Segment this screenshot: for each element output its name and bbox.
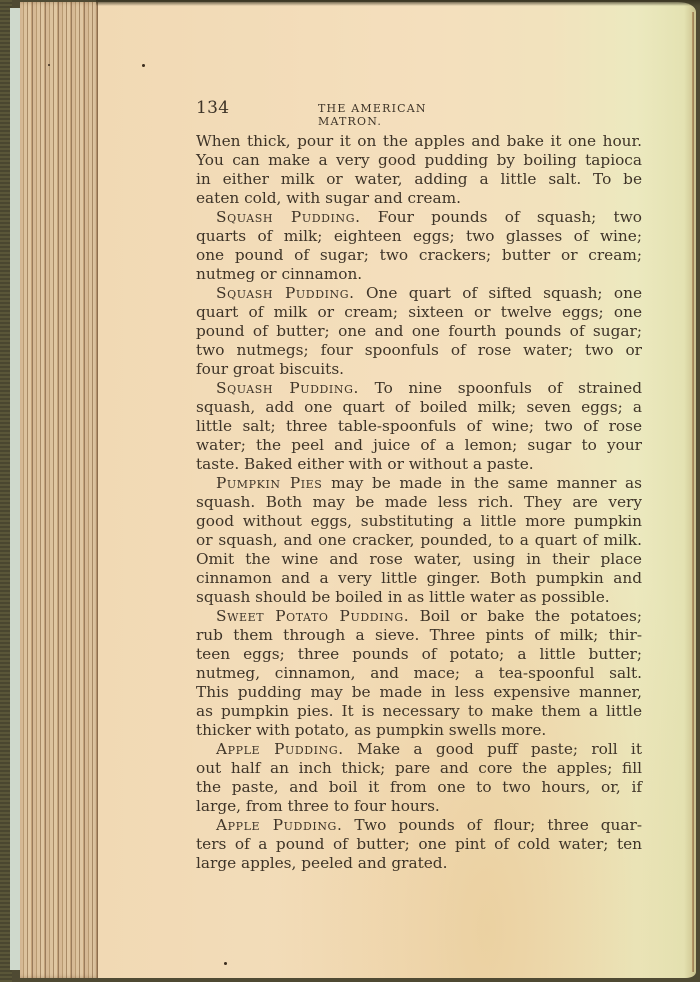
- line-text: out half an inch thick; pare and core th…: [196, 759, 642, 777]
- text-line: two nutmegs; four spoonfuls of rose wate…: [196, 341, 642, 360]
- page-fore-edge: [20, 2, 101, 978]
- line-text: Two pounds of flour; three quar-: [342, 816, 642, 834]
- text-line: large apples, peeled and grated.: [196, 854, 642, 873]
- recipe-heading-line: Squash Pudding. Four pounds of squash; t…: [216, 208, 642, 227]
- text-line: nutmeg, cinnamon, and mace; a tea-spoonf…: [196, 664, 642, 683]
- line-text: ters of a pound of butter; one pint of c…: [196, 835, 642, 853]
- text-line: four groat biscuits.: [196, 360, 642, 379]
- page-number: 134: [196, 98, 229, 118]
- recipe-heading-line: Squash Pudding. One quart of sifted squa…: [216, 284, 642, 303]
- line-text: Make a good puff paste; roll it: [344, 740, 642, 758]
- text-line: quart of milk or cream; sixteen or twelv…: [196, 303, 642, 322]
- text-line: rub them through a sieve. Three pints of…: [196, 626, 642, 645]
- line-text: two nutmegs; four spoonfuls of rose wate…: [196, 341, 642, 359]
- text-line: When thick, pour it on the apples and ba…: [196, 132, 642, 151]
- line-text: large, from three to four hours.: [196, 797, 440, 815]
- text-line: out half an inch thick; pare and core th…: [196, 759, 642, 778]
- line-text: Four pounds of squash; two: [361, 208, 642, 226]
- text-line: thicker with potato, as pumpkin swells m…: [196, 721, 642, 740]
- recipe-title: Squash Pudding.: [216, 208, 361, 226]
- text-line: one pound of sugar; two crackers; butter…: [196, 246, 642, 265]
- line-text: teen eggs; three pounds of potato; a lit…: [196, 645, 642, 663]
- line-text: may be made in the same manner as: [322, 474, 642, 492]
- line-text: You can make a very good pudding by boil…: [196, 151, 642, 169]
- text-line: quarts of milk; eighteen eggs; two glass…: [196, 227, 642, 246]
- line-text: squash. Both may be made less rich. They…: [196, 493, 642, 511]
- line-text: To nine spoonfuls of strained: [359, 379, 642, 397]
- line-text: Omit the wine and rose water, using in t…: [196, 550, 642, 568]
- paper-speck: [48, 64, 50, 66]
- text-line: eaten cold, with sugar and cream.: [196, 189, 642, 208]
- text-line: pound of butter; one and one fourth poun…: [196, 322, 642, 341]
- text-line: good without eggs, substituting a little…: [196, 512, 642, 531]
- line-text: or squash, and one cracker, pounded, to …: [196, 531, 642, 549]
- line-text: rub them through a sieve. Three pints of…: [196, 626, 642, 644]
- text-line: This pudding may be made in less expensi…: [196, 683, 642, 702]
- line-text: nutmeg, cinnamon, and mace; a tea-spoonf…: [196, 664, 642, 682]
- recipe-title: Sweet Potato Pudding.: [216, 607, 409, 625]
- page-gutter: [692, 12, 694, 972]
- text-line: the paste, and boil it from one to two h…: [196, 778, 642, 797]
- line-text: in either milk or water, adding a little…: [196, 170, 642, 188]
- text-line: cinnamon and a very little ginger. Both …: [196, 569, 642, 588]
- line-text: quarts of milk; eighteen eggs; two glass…: [196, 227, 642, 245]
- line-text: good without eggs, substituting a little…: [196, 512, 642, 530]
- recipe-title: Pumpkin Pies: [216, 474, 322, 492]
- text-line: You can make a very good pudding by boil…: [196, 151, 642, 170]
- recipe-heading-line: Apple Pudding. Two pounds of flour; thre…: [216, 816, 642, 835]
- text-line: as pumpkin pies. It is necessary to make…: [196, 702, 642, 721]
- text-line: in either milk or water, adding a little…: [196, 170, 642, 189]
- line-text: This pudding may be made in less expensi…: [196, 683, 642, 701]
- line-text: Boil or bake the potatoes;: [409, 607, 642, 625]
- text-line: little salt; three table-spoonfuls of wi…: [196, 417, 642, 436]
- line-text: thicker with potato, as pumpkin swells m…: [196, 721, 546, 739]
- line-text: quart of milk or cream; sixteen or twelv…: [196, 303, 642, 321]
- page-top-shadow: [96, 0, 700, 6]
- recipe-title: Squash Pudding.: [216, 284, 355, 302]
- page-header: 134 THE AMERICAN MATRON.: [0, 98, 460, 120]
- paper-speck: [224, 962, 227, 965]
- line-text: When thick, pour it on the apples and ba…: [196, 132, 642, 150]
- line-text: One quart of sifted squash; one: [355, 284, 642, 302]
- line-text: as pumpkin pies. It is necessary to make…: [196, 702, 642, 720]
- line-text: large apples, peeled and grated.: [196, 854, 447, 872]
- text-line: taste. Baked either with or without a pa…: [196, 455, 642, 474]
- text-line: nutmeg or cinnamon.: [196, 265, 642, 284]
- text-line: squash should be boiled in as little wat…: [196, 588, 642, 607]
- recipe-title: Apple Pudding.: [216, 816, 342, 834]
- line-text: pound of butter; one and one fourth poun…: [196, 322, 642, 340]
- recipe-heading-line: Apple Pudding. Make a good puff paste; r…: [216, 740, 642, 759]
- line-text: nutmeg or cinnamon.: [196, 265, 362, 283]
- recipe-title: Squash Pudding.: [216, 379, 359, 397]
- line-text: eaten cold, with sugar and cream.: [196, 189, 461, 207]
- text-line: ters of a pound of butter; one pint of c…: [196, 835, 642, 854]
- line-text: squash, add one quart of boiled milk; se…: [196, 398, 642, 416]
- text-line: large, from three to four hours.: [196, 797, 642, 816]
- text-line: squash, add one quart of boiled milk; se…: [196, 398, 642, 417]
- recipe-heading-line: Pumpkin Pies may be made in the same man…: [216, 474, 642, 493]
- recipe-heading-line: Sweet Potato Pudding. Boil or bake the p…: [216, 607, 642, 626]
- line-text: the paste, and boil it from one to two h…: [196, 778, 642, 796]
- line-text: little salt; three table-spoonfuls of wi…: [196, 417, 642, 435]
- line-text: squash should be boiled in as little wat…: [196, 588, 610, 606]
- running-head: THE AMERICAN MATRON.: [318, 102, 460, 128]
- recipe-heading-line: Squash Pudding. To nine spoonfuls of str…: [216, 379, 642, 398]
- paper-speck: [142, 64, 145, 67]
- text-line: squash. Both may be made less rich. They…: [196, 493, 642, 512]
- line-text: taste. Baked either with or without a pa…: [196, 455, 534, 473]
- line-text: four groat biscuits.: [196, 360, 344, 378]
- recipe-title: Apple Pudding.: [216, 740, 344, 758]
- line-text: cinnamon and a very little ginger. Both …: [196, 569, 642, 587]
- text-line: teen eggs; three pounds of potato; a lit…: [196, 645, 642, 664]
- text-line: or squash, and one cracker, pounded, to …: [196, 531, 642, 550]
- line-text: water; the peel and juice of a lemon; su…: [196, 436, 642, 454]
- text-line: Omit the wine and rose water, using in t…: [196, 550, 642, 569]
- line-text: one pound of sugar; two crackers; butter…: [196, 246, 642, 264]
- text-line: water; the peel and juice of a lemon; su…: [196, 436, 642, 455]
